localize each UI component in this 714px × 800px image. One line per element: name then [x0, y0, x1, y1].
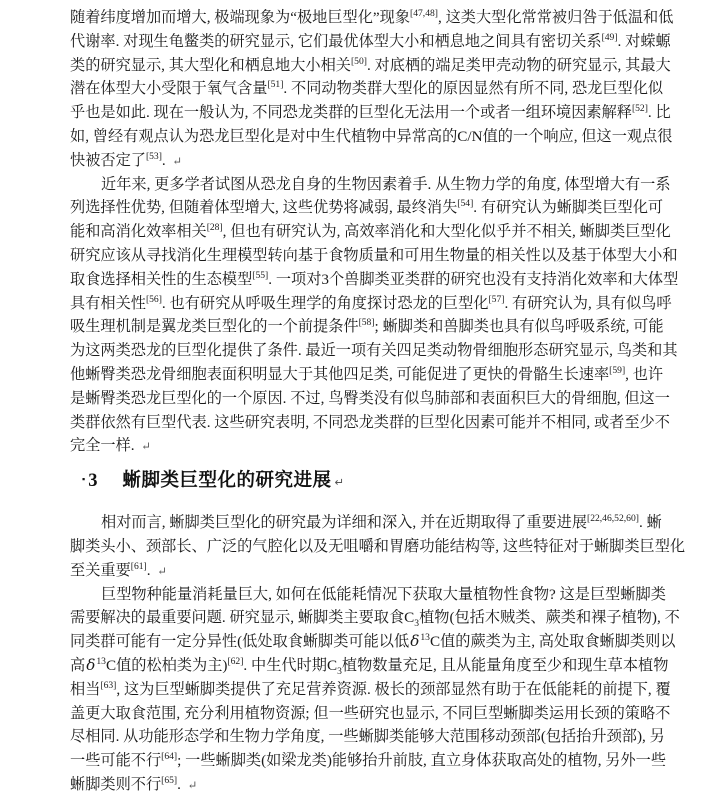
citation-superscript: [47,48] [410, 8, 438, 19]
citation-superscript: 13 [96, 656, 106, 667]
citation-superscript: [62] [227, 656, 243, 667]
citation-superscript: [63] [100, 680, 116, 691]
text-line: 代谢率. 对现生龟鳖类的研究显示, 它们最优体型大小和栖息地之间具有密切关系[4… [70, 30, 700, 54]
text-line: 能和高消化效率相关[28], 但也有研究认为, 高效率消化和大型化似乎并不相关,… [70, 220, 700, 244]
text-line: 需要解决的最重要问题. 研究显示, 蜥脚类主要取食C3植物(包括木贼类、蕨类和裸… [70, 606, 700, 630]
citation-superscript: [57] [488, 294, 504, 305]
section-heading: ▪3蜥脚类巨型化的研究进展↵ [70, 467, 700, 494]
paragraph: 随着纬度增加而增大, 极端现象为“极地巨型化”现象[47,48], 这类大型化常… [70, 6, 700, 173]
text-line: 脚类头小、颈部长、广泛的气腔化以及无咀嚼和胃磨功能结构等, 这些特征对于蜥脚类巨… [70, 535, 700, 559]
text-line: 类的研究显示, 其大型化和栖息地大小相关[50]. 对底栖的端足类甲壳动物的研究… [70, 54, 700, 78]
text-line: 高δ13C值的松柏类为主)[62]. 中生代时期C3植物数量充足, 且从能量角度… [70, 654, 700, 678]
text-line: 至关重要[61]. ↵ [70, 559, 700, 583]
text-line: 巨型物种能量消耗量巨大, 如何在低能耗情况下获取大量植物性食物? 这是巨型蜥脚类 [70, 583, 700, 607]
citation-superscript: [58] [359, 317, 375, 328]
text-line: 如, 曾经有观点认为恐龙巨型化是对中生代植物中异常高的C/N值的一个响应, 但这… [70, 125, 700, 149]
text-line: 类群依然有巨型代表. 这些研究表明, 不同恐龙类群的巨型化因素可能并不相同, 或… [70, 411, 700, 435]
text-line: 一些可能不行[64]; 一些蜥脚类(如梁龙类)能够抬升前肢, 直立身体获取高处的… [70, 749, 700, 773]
subscript: 3 [337, 666, 342, 677]
text-line: 他蜥臀类恐龙骨细胞表面积明显大于其他四足类, 可能促进了更快的骨骼生长速率[59… [70, 363, 700, 387]
paragraph-mark-icon: ↵ [334, 477, 344, 489]
text-line: 研究应该从寻找消化生理模型转向基于食物质量和可用生物量的相关性以及基于体型大小和 [70, 244, 700, 268]
citation-superscript: [64] [161, 751, 177, 762]
text-line: 完全一样. ↵ [70, 434, 700, 458]
citation-superscript: [55] [252, 270, 268, 281]
text-line: 蜥脚类则不行[65]. ↵ [70, 773, 700, 797]
text-line: 取食选择相关性的生态模型[55]. 一项对3个兽脚类亚类群的研究也没有支持消化效… [70, 268, 700, 292]
paragraph-mark-icon: ↵ [188, 780, 198, 792]
citation-superscript: [59] [609, 365, 625, 376]
text-line: 列选择性优势, 但随着体型增大, 这些优势将减弱, 最终消失[54]. 有研究认… [70, 196, 700, 220]
citation-superscript: [53] [146, 151, 162, 162]
text-line: 吸生理机制是翼龙类巨型化的一个前提条件[58]; 蜥脚类和兽脚类也具有似鸟呼吸系… [70, 315, 700, 339]
text-line: 为这两类恐龙的巨型化提供了条件. 最近一项有关四足类动物骨细胞形态研究显示, 鸟… [70, 339, 700, 363]
citation-superscript: [65] [161, 775, 177, 786]
subscript: 3 [414, 618, 419, 629]
heading-bullet-icon: ▪ [82, 474, 85, 484]
citation-superscript: [49] [602, 32, 618, 43]
text-line: 同类群可能有一定分异性(低处取食蜥脚类可能以低δ13C值的蕨类为主, 高处取食蜥… [70, 630, 700, 654]
text-line: 随着纬度增加而增大, 极端现象为“极地巨型化”现象[47,48], 这类大型化常… [70, 6, 700, 30]
heading-number: 3 [88, 471, 97, 491]
text-line: 尽相同. 从功能形态学和生物力学角度, 一些蜥脚类能够大范围移动颈部(包括抬升颈… [70, 725, 700, 749]
citation-superscript: [51] [267, 79, 283, 90]
citation-superscript: 13 [420, 632, 430, 643]
citation-superscript: [61] [131, 561, 147, 572]
citation-superscript: [28] [207, 222, 223, 233]
section-before-heading: 随着纬度增加而增大, 极端现象为“极地巨型化”现象[47,48], 这类大型化常… [70, 6, 700, 458]
paragraph-mark-icon: ↵ [141, 441, 151, 453]
document-page: { "page": { "background_color": "#ffffff… [0, 0, 714, 800]
paragraph: 相对而言, 蜥脚类巨型化的研究最为详细和深入, 并在近期取得了重要进展[22,4… [70, 511, 700, 582]
paragraph: 巨型物种能量消耗量巨大, 如何在低能耗情况下获取大量植物性食物? 这是巨型蜥脚类… [70, 583, 700, 797]
citation-superscript: [52] [632, 103, 648, 114]
text-line: 盖更大取食范围, 充分利用植物资源; 但一些研究也显示, 不同巨型蜥脚类运用长颈… [70, 702, 700, 726]
section-after-heading: 相对而言, 蜥脚类巨型化的研究最为详细和深入, 并在近期取得了重要进展[22,4… [70, 511, 700, 797]
document-body: 随着纬度增加而增大, 极端现象为“极地巨型化”现象[47,48], 这类大型化常… [70, 6, 700, 797]
delta-symbol: δ [85, 656, 96, 674]
delta-symbol: δ [409, 632, 420, 650]
paragraph-mark-icon: ↵ [173, 156, 183, 168]
text-line: 乎也是如此. 现在一般认为, 不同恐龙类群的巨型化无法用一个或者一组环境因素解释… [70, 101, 700, 125]
paragraph-mark-icon: ↵ [157, 566, 167, 578]
text-line: 潜在体型大小受限于氧气含量[51]. 不同动物类群大型化的原因显然有所不同, 恐… [70, 77, 700, 101]
heading-title: 蜥脚类巨型化的研究进展 [122, 469, 331, 490]
text-line: 近年来, 更多学者试图从恐龙自身的生物因素着手. 从生物力学的角度, 体型增大有… [70, 173, 700, 197]
citation-superscript: [54] [457, 198, 473, 209]
citation-superscript: [56] [146, 294, 162, 305]
text-line: 相当[63], 这为巨型蜥脚类提供了充足营养资源. 极长的颈部显然有助于在低能耗… [70, 678, 700, 702]
text-line: 快被否定了[53]. ↵ [70, 149, 700, 173]
citation-superscript: [50] [351, 56, 367, 67]
text-line: 相对而言, 蜥脚类巨型化的研究最为详细和深入, 并在近期取得了重要进展[22,4… [70, 511, 700, 535]
paragraph: 近年来, 更多学者试图从恐龙自身的生物因素着手. 从生物力学的角度, 体型增大有… [70, 173, 700, 459]
text-line: 是蜥臀类恐龙巨型化的一个原因. 不过, 鸟臀类没有似鸟肺部和表面积巨大的骨细胞,… [70, 387, 700, 411]
citation-superscript: [22,46,52,60] [587, 513, 639, 524]
text-line: 具有相关性[56]. 也有研究从呼吸生理学的角度探讨恐龙的巨型化[57]. 有研… [70, 292, 700, 316]
